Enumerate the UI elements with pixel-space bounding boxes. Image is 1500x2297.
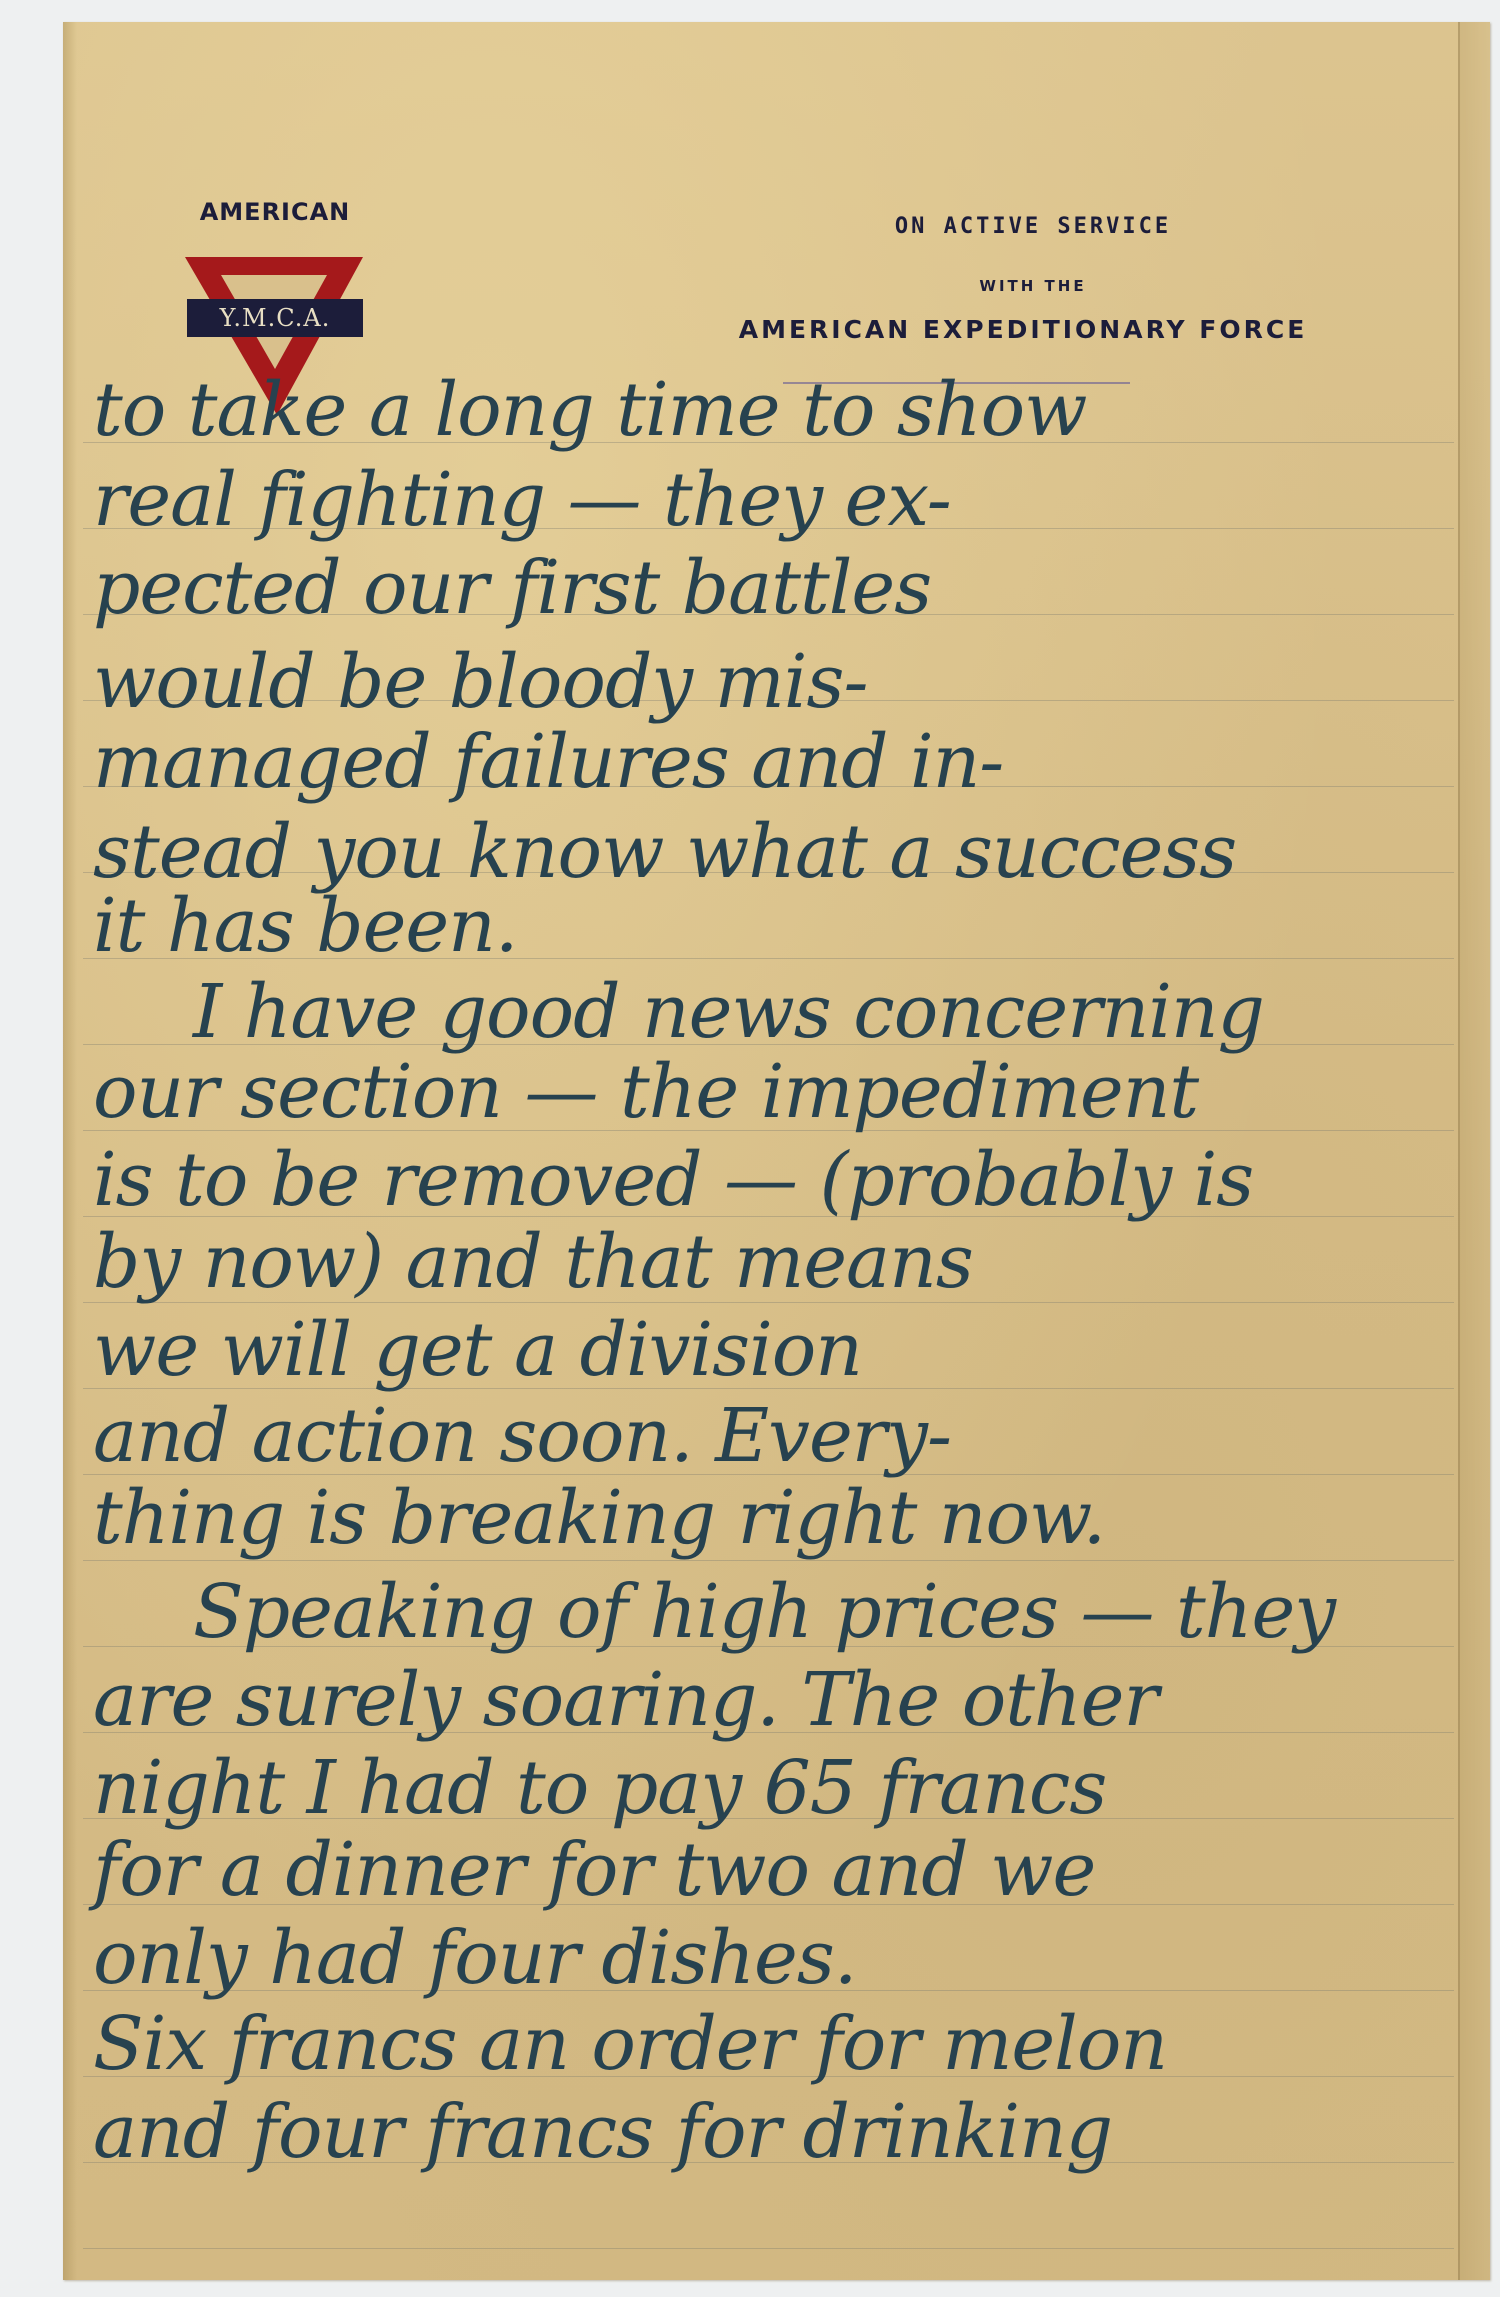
handwritten-line: real fighting — they ex- <box>93 460 951 540</box>
letterhead-on-active-service: ON ACTIVE SERVICE <box>763 214 1303 239</box>
handwritten-line: would be bloody mis- <box>93 642 867 722</box>
paper-right-fold-edge <box>1458 22 1490 2280</box>
handwritten-line: by now) and that means <box>93 1222 973 1302</box>
letterhead-american-label: AMERICAN <box>185 198 365 226</box>
handwritten-line: stead you know what a success <box>93 812 1236 892</box>
letterhead-aef: AMERICAN EXPEDITIONARY FORCE <box>608 315 1438 344</box>
handwritten-line: Speaking of high prices — they <box>193 1572 1335 1652</box>
handwritten-line: thing is breaking right now. <box>93 1478 1105 1558</box>
handwritten-line: our section — the impediment <box>93 1052 1198 1132</box>
handwritten-line: pected our first battles <box>93 548 931 628</box>
ymca-label-box: Y.M.C.A. <box>187 299 363 337</box>
handwritten-line: and four francs for drinking <box>93 2092 1112 2172</box>
handwritten-line: for a dinner for two and we <box>93 1830 1095 1910</box>
ruled-line <box>83 2248 1454 2249</box>
letter-page: AMERICAN Y.M.C.A. ON ACTIVE SERVICE WITH… <box>63 22 1490 2280</box>
handwritten-line: only had four dishes. <box>93 1918 856 1998</box>
handwritten-line: we will get a division <box>93 1310 862 1390</box>
handwritten-line: I have good news concerning <box>193 972 1264 1052</box>
handwritten-line: managed failures and in- <box>93 722 1003 802</box>
handwritten-line: are surely soaring. The other <box>93 1660 1158 1740</box>
handwritten-line: it has been. <box>93 886 517 966</box>
handwritten-line: night I had to pay 65 francs <box>93 1748 1106 1828</box>
handwritten-line: Six francs an order for melon <box>93 2004 1167 2084</box>
paper-left-edge <box>63 22 77 2280</box>
letterhead-with-the: WITH THE <box>763 277 1303 295</box>
handwritten-line: to take a long time to show <box>93 370 1086 450</box>
handwritten-line: and action soon. Every- <box>93 1396 951 1476</box>
handwritten-line: is to be removed — (probably is <box>93 1140 1253 1220</box>
